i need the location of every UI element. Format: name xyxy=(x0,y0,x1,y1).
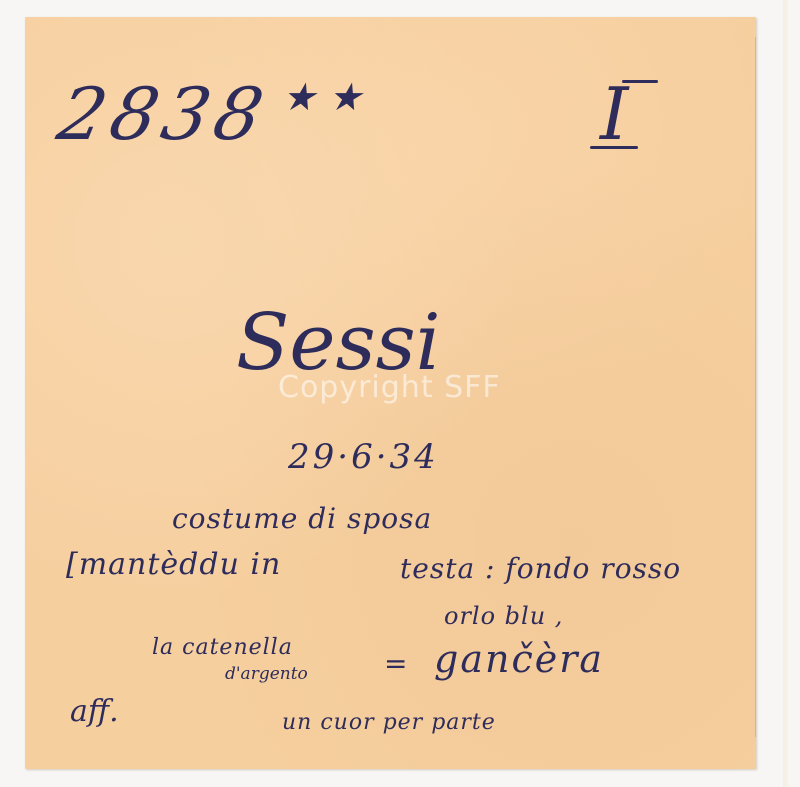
note-line-argento: d'argento xyxy=(225,666,308,683)
catalog-number: 2838 xyxy=(52,78,275,150)
star-marks-icon: ★★ xyxy=(282,78,374,116)
equals-sign: = xyxy=(384,650,407,678)
note-line-testa: testa : fondo rosso xyxy=(400,555,681,583)
backing-card-edge xyxy=(783,0,789,787)
note-line-aff: aff. xyxy=(70,697,119,727)
note-line-catenella: la catenella xyxy=(152,637,293,659)
note-line-gancera: gančèra xyxy=(434,640,604,678)
note-line-costume: costume di sposa xyxy=(172,505,432,533)
note-line-manteddu: [mantèddu in xyxy=(66,550,281,580)
copyright-watermark: Copyright SFF xyxy=(278,370,501,405)
date: 29·6·34 xyxy=(288,440,439,474)
note-line-orlo: orlo blu , xyxy=(444,604,563,628)
note-line-cuor: un cuor per parte xyxy=(282,712,496,734)
series-mark: I xyxy=(600,78,628,150)
